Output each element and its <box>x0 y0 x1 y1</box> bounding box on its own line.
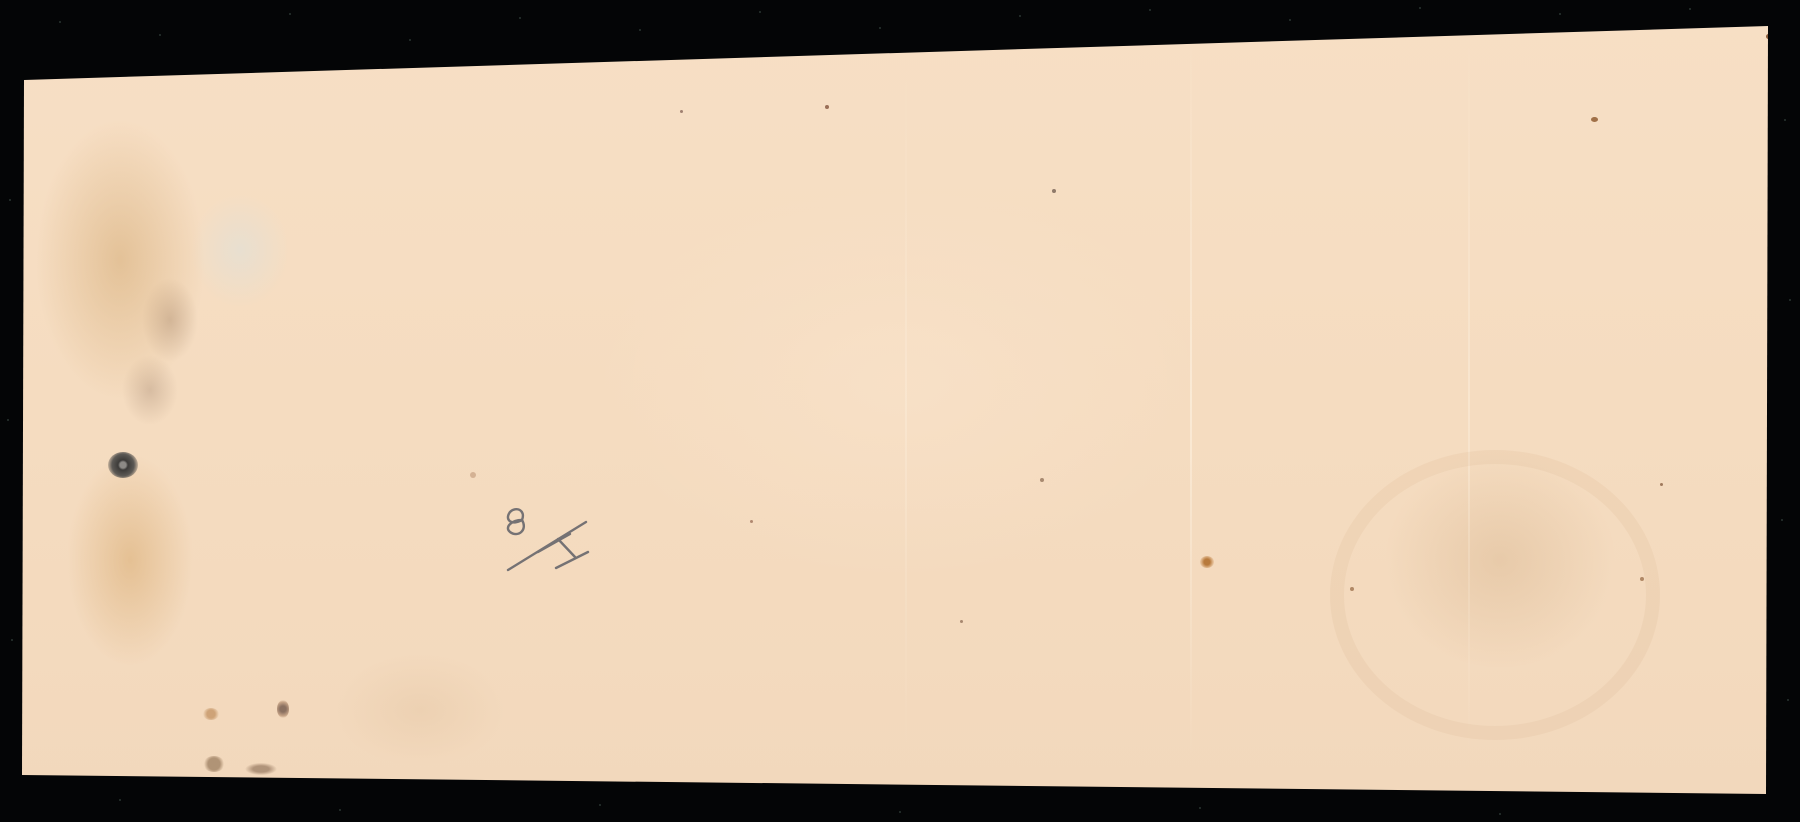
foxing-spot <box>243 762 279 776</box>
foxing-spot <box>203 708 219 720</box>
foxing-spot <box>1200 556 1214 568</box>
postmark-shadow <box>1330 450 1660 740</box>
foxing-spot <box>1591 117 1598 122</box>
foxing-spot <box>1660 483 1663 486</box>
pencil-annotation: H/8 <box>488 482 608 582</box>
annotation-text: H/8 <box>606 581 608 582</box>
paper-crease <box>905 60 907 760</box>
scan-background: H/8 <box>0 0 1800 822</box>
foxing-spot <box>470 472 476 478</box>
ink-dot <box>108 452 138 478</box>
foxing-spot <box>1052 189 1056 193</box>
foxing-spot <box>750 520 753 523</box>
annotation-glyph <box>488 482 608 582</box>
foxing-spot <box>825 105 829 109</box>
foxing-spot <box>277 700 289 718</box>
paper-sheet <box>0 0 1800 822</box>
foxing-spot <box>1766 34 1771 39</box>
paper-crease <box>1190 40 1192 760</box>
foxing-spot <box>203 756 225 772</box>
foxing-spot <box>1040 478 1044 482</box>
foxing-spot <box>680 110 683 113</box>
foxing-spot <box>960 620 963 623</box>
